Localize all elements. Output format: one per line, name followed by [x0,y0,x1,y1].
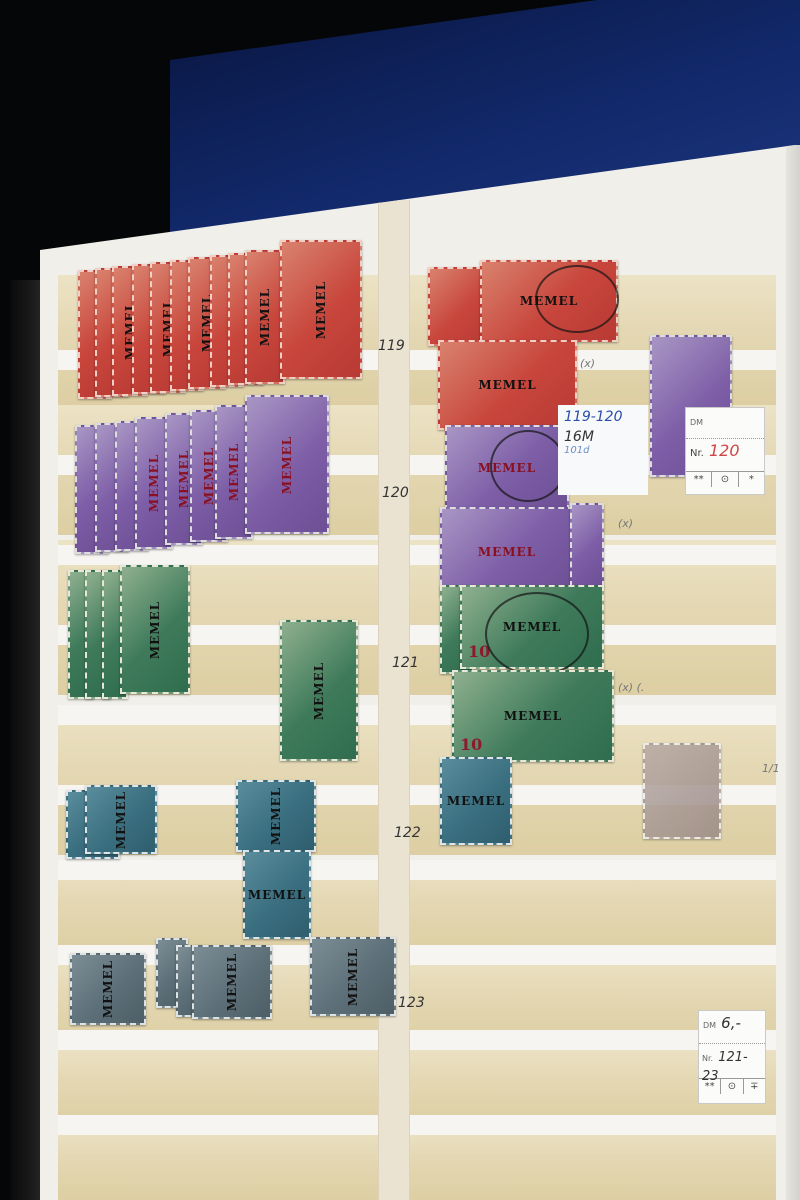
pencil-mark: (x) [618,517,633,530]
postmark [535,265,619,333]
stamp-120-top: MEMEL [245,395,329,534]
stamp-122-b: MEMEL [236,780,316,852]
stamp-119-top: MEMEL [280,240,362,379]
stamp-121-mint: MEMEL10 [452,670,614,762]
stamp-122-a: MEMEL [85,785,157,854]
price-tag: DM 6,- Nr. 121-23 **⊙∓ [698,1010,766,1104]
stock-strip [58,1045,776,1125]
row-number-121: 121 [392,655,419,671]
row-number-122: 122 [394,825,421,841]
stamp-121-a: MEMEL [120,565,190,694]
stamp-119-mint: MEMEL [438,340,577,430]
stamp-123-c: MEMEL [310,937,396,1016]
pencil-mark: 1/1 [762,762,780,775]
stockbook-page: 119 120 121 122 123 MEMEL MEMEL MEMEL ME… [40,145,800,1200]
pencil-mark: (x) (. [618,681,644,694]
row-number-119: 119 [378,338,405,354]
row-number-123: 123 [398,995,425,1011]
stamp-122-right: MEMEL [440,757,512,845]
stamp-123-b: MEMEL [192,945,272,1019]
stamp-123-a: MEMEL [70,953,146,1025]
stamp-122-c: MEMEL [243,850,311,939]
stamp-120-mint: MEMEL [440,507,574,596]
price-tag: DM Nr. 120 **⊙* [685,407,765,495]
row-number-120: 120 [382,485,409,501]
range-note: 119-120 16M 101d [558,405,648,495]
stamp-121-b: MEMEL [280,620,358,761]
stock-strip [58,1125,776,1200]
stamp-faded [643,743,721,839]
pencil-mark: (x) [580,357,595,370]
